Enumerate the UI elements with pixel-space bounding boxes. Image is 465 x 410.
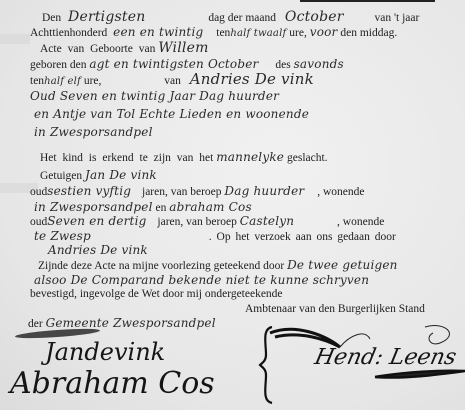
signature-official: Hend: Leens — [312, 345, 458, 370]
top-border-line — [300, 0, 435, 2]
printed-text: Ambtenaar van den Burgerlijken Stand — [245, 303, 425, 315]
printed-text: en — [156, 202, 167, 214]
line-father: tenhalf elf ure, van Andries De vink — [30, 72, 314, 89]
printed-text: , wonende — [337, 216, 384, 228]
printed-text: oud — [30, 186, 47, 198]
line-date: Den Dertigsten dag der maand October van… — [42, 10, 419, 25]
handwritten-requester: Andries De vink — [48, 243, 148, 257]
line-sex: Het kind is erkend te zijn van het manne… — [40, 150, 328, 165]
printed-text: geslacht. — [287, 152, 328, 164]
printed-text: , wonende — [317, 186, 364, 198]
printed-text: jaren, van beroep — [157, 216, 237, 228]
printed-text: jaren, van beroep — [142, 186, 222, 198]
handwritten-year: een en twintig — [113, 25, 203, 39]
signature-witness-2: Abraham Cos — [10, 366, 215, 401]
handwritten-age: Seven en dertig — [47, 214, 146, 228]
printed-text: Acte van Geboorte van — [40, 43, 155, 55]
printed-text: oud — [30, 216, 47, 228]
handwritten-witness-2: abraham Cos — [169, 200, 252, 214]
handwritten-birth-date: agt en twintigsten October — [89, 57, 258, 71]
printed-text: ure, — [84, 75, 102, 87]
printed-text: ten — [30, 75, 44, 87]
line-witness-1-details: oudsestien vyftig jaren, van beroep Dag … — [30, 184, 364, 199]
handwritten-hour: half twaalf — [230, 28, 286, 39]
printed-text: Getuigen — [40, 170, 82, 182]
printed-text: van 't jaar — [374, 12, 419, 24]
handwritten-occupation: Castelyn — [240, 214, 294, 228]
printed-text: dag der maand — [208, 12, 276, 24]
handwritten-sex: mannelyke — [216, 150, 284, 164]
printed-text: ure, — [289, 27, 307, 39]
line-confirmed: bevestigd, ingevolge de Wet door mij ond… — [30, 287, 283, 301]
line-witness-2: in Zwesporsandpel en abraham Cos — [34, 200, 252, 215]
printed-text: . Op het verzoek aan ons gedaan door — [209, 231, 396, 243]
line-municipality: der Gemeente Zwesporsandpel — [28, 316, 216, 331]
handwritten-hour: half elf — [44, 76, 81, 87]
line-witnesses: Getuigen Jan De vink — [40, 168, 157, 183]
printed-text: bevestigd, ingevolge de Wet door mij ond… — [30, 288, 283, 300]
handwritten-father-age-occupation: Oud Seven en twintig Jaar Dag huurder — [30, 89, 279, 103]
handwritten-witness-1: Jan De vink — [85, 168, 157, 182]
line-witness-2-details: oudSeven en dertig jaren, van beroep Cas… — [30, 214, 384, 229]
printed-text: Het kind is erkend te zijn van het — [40, 152, 213, 164]
handwritten-place: in Zwesporsandpel — [34, 125, 153, 139]
handwritten-day: Dertigsten — [68, 9, 145, 25]
handwritten-place: in Zwesporsandpel — [34, 200, 153, 214]
signature-witness-1: Jandevink — [45, 338, 165, 366]
line-request: te Zwesp . Op het verzoek aan ons gedaan… — [34, 229, 396, 244]
printed-text: der — [28, 318, 43, 330]
handwritten-municipality: Gemeente Zwesporsandpel — [46, 316, 216, 330]
printed-text: Den — [42, 12, 61, 24]
handwritten-age: sestien vyftig — [47, 184, 131, 198]
handwritten-evening: savonds — [294, 57, 344, 71]
bleed-through-mark — [0, 34, 30, 44]
line-cannot-write: alsoo De Comparand bekende niet te kunne… — [34, 273, 369, 288]
line-act-of-birth: Acte van Geboorte van Willem — [40, 41, 209, 56]
handwritten-signers: De twee getuigen — [287, 258, 398, 272]
line-year-time: Achttienhonderd een en twintig tenhalf t… — [30, 25, 397, 41]
printed-text: Zijnde deze Acte na mijne voorlezing get… — [38, 260, 284, 272]
line-father-details: Oud Seven en twintig Jaar Dag huurder — [30, 89, 279, 104]
printed-text: ten — [216, 27, 230, 39]
handwritten-place: te Zwesp — [34, 229, 91, 243]
document-page: Den Dertigsten dag der maand October van… — [0, 0, 465, 410]
line-residence: in Zwesporsandpel — [34, 125, 153, 140]
handwritten-month: October — [285, 9, 344, 25]
line-signed-by: Zijnde deze Acte na mijne voorlezing get… — [38, 258, 398, 273]
handwritten-child-name: Willem — [158, 40, 208, 56]
handwritten-note: alsoo De Comparand bekende niet te kunne… — [34, 273, 369, 287]
handwritten-mother-residence: en Antje van Tol Echte Lieden en woonend… — [34, 107, 309, 121]
line-official-title: Ambtenaar van den Burgerlijken Stand — [245, 302, 425, 316]
line-mother: en Antje van Tol Echte Lieden en woonend… — [34, 107, 309, 122]
handwritten-father-name: Andries De vink — [190, 70, 314, 88]
printed-text: van — [164, 75, 181, 87]
printed-text: den middag. — [340, 27, 397, 39]
printed-text: Achttienhonderd — [30, 27, 107, 39]
printed-text: geboren den — [30, 59, 87, 71]
handwritten-occupation: Dag huurder — [224, 184, 304, 198]
line-requester: Andries De vink — [48, 243, 148, 258]
handwritten-voor: voor — [310, 25, 338, 39]
